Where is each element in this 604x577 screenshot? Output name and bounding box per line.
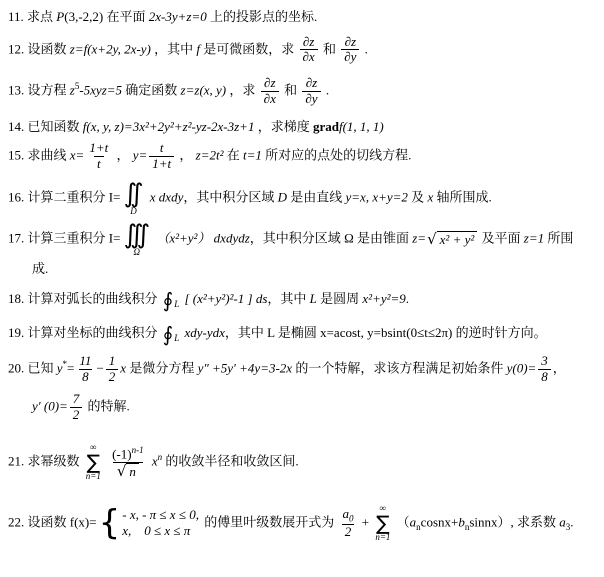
text-segment: 的特解. xyxy=(84,399,130,414)
text-segment: 的一个特解，求该方程满足初始条件 xyxy=(295,361,506,376)
fraction-numerator: a0 xyxy=(339,507,356,524)
fraction-numerator: ∂z xyxy=(261,76,278,91)
problem-number: 16. xyxy=(8,189,24,204)
math-cone-z-equals: z= xyxy=(412,230,426,245)
text-segment: ，其中 L 是椭圆 xyxy=(225,325,320,340)
text-segment: ，其中积分区域 xyxy=(250,230,344,245)
problem-number: 15. xyxy=(8,147,24,162)
text-segment: 设函数 xyxy=(28,514,70,529)
problem-22: 22. 设函数 f(x)={- x, - π ≤ x ≤ 0,x, 0 ≤ x … xyxy=(8,504,598,543)
text-segment: 确定函数 xyxy=(125,83,180,98)
fraction-11-8: 118 xyxy=(76,354,94,385)
sum-glyph: ∑ xyxy=(376,514,389,533)
fraction-denominator: 1+t xyxy=(149,156,174,172)
text-segment: ， xyxy=(179,147,192,162)
fraction-denominator: ∂y xyxy=(302,91,320,107)
text-segment: 所围 xyxy=(547,230,573,245)
math-x-axis: x xyxy=(427,189,433,204)
text-segment: . xyxy=(326,83,329,98)
math-integrand: x dxdy xyxy=(150,189,184,204)
contour-integral-glyph: ∮ xyxy=(163,324,173,344)
problem-17-continuation: 成. xyxy=(32,260,598,278)
text-segment: 计算对坐标的曲线积分 xyxy=(28,325,161,340)
math-ellipse-param: x=acost, y=bsint xyxy=(320,325,406,340)
math-coords: (3,-2,2) xyxy=(64,9,103,24)
math-integrand: [ (x²+y²)²-1 ] xyxy=(184,291,255,306)
integral-region-label: D xyxy=(130,207,137,216)
text-segment: ，其中 xyxy=(154,41,196,56)
math-equals: = xyxy=(67,361,74,376)
contour-label: L xyxy=(174,298,179,310)
math-initial-y0: y(0)= xyxy=(507,361,537,376)
fraction-denominator: ∂x xyxy=(261,91,279,107)
problem-14: 14. 已知函数 f(x, y, z)=3x²+2y²+z²-yz-2x-3z+… xyxy=(8,118,598,136)
fraction-numerator: 11 xyxy=(76,354,94,369)
math-ode: y″ +5y′ +4y=3-2x xyxy=(198,361,293,376)
text-segment: 计算二重积分 xyxy=(28,189,109,204)
text-segment: 所对应的点处的切线方程. xyxy=(265,147,411,162)
math-cos-term: cosnx+ xyxy=(421,514,459,529)
fraction-denominator: 8 xyxy=(79,369,92,385)
superscript-n-minus-1: n-1 xyxy=(132,445,144,455)
fraction-numerator: 1+t xyxy=(86,141,111,156)
text-segment: 已知 xyxy=(28,361,57,376)
math-grad-point: f(1, 1, 1) xyxy=(339,119,384,134)
problem-number: 14. xyxy=(8,119,24,134)
fraction-numerator: (-1)n-1 xyxy=(109,445,147,462)
text-segment: ，求梯度 xyxy=(258,119,313,134)
problem-number: 22. xyxy=(8,514,24,529)
problem-number: 17. xyxy=(8,230,24,245)
math-function: z=f(x+2y, 2x-y) xyxy=(70,41,151,56)
text-segment: 设函数 xyxy=(28,41,70,56)
case-row-2: x, 0 ≤ x ≤ π xyxy=(122,523,199,539)
problem-20-continuation: y′ (0)=72 的特解. xyxy=(32,392,598,423)
math-region-D: D xyxy=(278,189,287,204)
math-f: f xyxy=(196,41,200,56)
fraction-numerator: ∂z xyxy=(303,76,320,91)
text-segment: 的逆时针方向。 xyxy=(452,325,546,340)
math-function-fxyz: f(x, y, z) xyxy=(83,119,124,134)
text-segment: ， xyxy=(116,147,129,162)
problem-17: 17. 计算三重积分 I=∫∫∫Ω （x²+y²） dxdydz，其中积分区域 … xyxy=(8,222,598,257)
cases-brace: { xyxy=(99,509,121,538)
fraction-denominator: 2 xyxy=(106,369,119,385)
math-minus: − xyxy=(96,361,103,376)
fraction-1-2: 12 xyxy=(106,354,119,385)
math-circle-equation: x²+y²=9 xyxy=(362,291,405,306)
text-segment: 成. xyxy=(32,261,48,276)
text-segment: 是由锥面 xyxy=(357,230,412,245)
text-segment: 求曲线 xyxy=(28,147,70,162)
problem-12: 12. 设函数 z=f(x+2y, 2x-y) ，其中 f 是可微函数，求 ∂z… xyxy=(8,35,598,66)
math-grad-operator: grad xyxy=(313,119,339,134)
text-segment: 的收敛半径和收敛区间. xyxy=(165,453,298,468)
math-integrand: xdy-ydx xyxy=(184,325,224,340)
text-segment: 是圆周 xyxy=(320,291,362,306)
problem-21: 21. 求幂级数 ∞∑n=1 (-1)n-1√n xn 的收敛半径和收敛区间. xyxy=(8,443,598,482)
text-segment: 是由直线 xyxy=(290,189,345,204)
math-plane-equation: 2x-3y+z=0 xyxy=(149,9,207,24)
piecewise-cases: {- x, - π ≤ x ≤ 0,x, 0 ≤ x ≤ π xyxy=(99,507,199,540)
fraction-dz-dy: ∂z∂y xyxy=(302,76,320,107)
text-segment: 求点 xyxy=(27,9,56,24)
text-segment: . xyxy=(570,514,573,529)
math-I-equals: I= xyxy=(109,189,121,204)
contour-label: L xyxy=(174,332,179,344)
fraction-denominator: 2 xyxy=(70,407,83,423)
fraction-numerator: ∂z xyxy=(342,35,359,50)
radicand: x² + y² xyxy=(437,231,478,248)
text-segment: ，其中积分区域 xyxy=(183,189,277,204)
fraction-x-param: 1+tt xyxy=(86,141,111,172)
text-segment: 已知函数 xyxy=(28,119,83,134)
text-segment: 及平面 xyxy=(482,230,524,245)
contour-integral-glyph: ∮ xyxy=(163,290,173,310)
fraction-3-8: 38 xyxy=(538,354,551,385)
math-fx-equals: f(x)= xyxy=(70,514,97,529)
radical-sign: √ xyxy=(427,231,437,248)
text-segment: 的傅里叶级数展开式为 xyxy=(204,514,337,529)
math-lines: y=x, x+y=2 xyxy=(346,189,408,204)
integral-region-label: Ω xyxy=(134,248,141,257)
math-y-equals: y= xyxy=(133,147,148,162)
problem-number: 11. xyxy=(8,9,24,24)
square-root: √n xyxy=(117,463,139,480)
double-integral-symbol: ∫∫D xyxy=(123,181,143,216)
problem-number: 18. xyxy=(8,291,24,306)
fraction-denominator: 2 xyxy=(342,524,355,540)
math-region-omega: Ω xyxy=(344,230,354,245)
sum-lower-limit: n=1 xyxy=(375,533,390,543)
text-segment: 在平面 xyxy=(107,9,149,24)
math-t-value: t=1 xyxy=(243,147,262,162)
math-I-equals: I= xyxy=(109,230,121,245)
text-segment: ）, 求系数 xyxy=(498,514,560,529)
text-segment: . xyxy=(365,41,368,56)
contour-integral-symbol: ∮L xyxy=(163,324,179,344)
fraction-numerator: 3 xyxy=(538,354,551,369)
text-segment: 计算三重积分 xyxy=(28,230,109,245)
text-segment: 设方程 xyxy=(28,83,70,98)
text-segment: 求幂级数 xyxy=(28,453,83,468)
text-segment: ，其中 xyxy=(267,291,309,306)
text-segment: 在 xyxy=(227,147,243,162)
problem-number: 21. xyxy=(8,453,24,468)
math-equation: -5xyz=5 xyxy=(79,83,122,98)
fraction-a0-2: a02 xyxy=(339,507,356,540)
problem-number: 19. xyxy=(8,325,24,340)
math-sin-term: sinnx xyxy=(469,514,497,529)
math-x-equals: x= xyxy=(70,147,85,162)
integral-glyph: ∫∫∫ xyxy=(123,222,150,248)
text-segment: （ xyxy=(397,514,410,529)
fraction-dz-dx: ∂z∂x xyxy=(300,35,318,66)
fraction-denominator: √n xyxy=(113,462,143,480)
fraction-denominator: t xyxy=(94,156,104,172)
series-coefficient-fraction: (-1)n-1√n xyxy=(109,445,147,481)
fraction-dz-dy: ∂z∂y xyxy=(341,35,359,66)
problem-19: 19. 计算对坐标的曲线积分 ∮L xdy-ydx，其中 L 是椭圆 x=aco… xyxy=(8,324,598,344)
text-segment: 计算对弧长的曲线积分 xyxy=(28,291,161,306)
math-z-param: z=2t² xyxy=(196,147,224,162)
fraction-denominator: 8 xyxy=(538,369,551,385)
subscript-0: 0 xyxy=(349,513,354,523)
fraction-numerator: t xyxy=(157,141,167,156)
integral-glyph: ∫∫ xyxy=(123,181,143,207)
sum-glyph: ∑ xyxy=(87,453,100,472)
problem-number: 20. xyxy=(8,361,24,376)
math-plane: z=1 xyxy=(524,230,544,245)
fraction-7-2: 72 xyxy=(70,392,83,423)
math-t-range: (0≤t≤2π) xyxy=(406,325,452,340)
problem-13: 13. 设方程 z5-5xyz=5 确定函数 z=z(x, y) ，求 ∂z∂x… xyxy=(8,76,598,107)
text-segment: 是可微函数，求 xyxy=(203,41,297,56)
triple-integral-symbol: ∫∫∫Ω xyxy=(123,222,150,257)
contour-integral-symbol: ∮L xyxy=(163,290,179,310)
text-segment: 和 xyxy=(323,41,339,56)
math-problems-document: { "page": {"background": "#ffffff", "tex… xyxy=(0,0,604,577)
problem-15: 15. 求曲线 x=1+tt ， y=t1+t ， z=2t² 在 t=1 所对… xyxy=(8,141,598,172)
sum-lower-limit: n=1 xyxy=(86,472,101,482)
fraction-y-param: t1+t xyxy=(149,141,174,172)
problem-number: 13. xyxy=(8,83,24,98)
summation-symbol: ∞∑n=1 xyxy=(86,443,101,482)
math-neg-one: (-1) xyxy=(112,446,132,461)
cases-rows: - x, - π ≤ x ≤ 0,x, 0 ≤ x ≤ π xyxy=(122,507,199,540)
problem-20: 20. 已知 y*=118−12x 是微分方程 y″ +5y′ +4y=3-2x… xyxy=(8,354,598,385)
math-polynomial: =3x²+2y²+z²-yz-2x-3z+1 xyxy=(124,119,255,134)
problem-18: 18. 计算对弧长的曲线积分 ∮L [ (x²+y²)²-1 ] ds，其中 L… xyxy=(8,290,598,310)
fraction-numerator: 7 xyxy=(70,392,83,407)
text-segment: ， xyxy=(553,361,566,376)
fraction-numerator: ∂z xyxy=(300,35,317,50)
text-segment: 轴所围成. xyxy=(436,189,491,204)
radicand: n xyxy=(126,463,139,480)
math-x: x xyxy=(120,361,126,376)
text-segment: ，求 xyxy=(229,83,258,98)
math-integrand: （x²+y²） dxdydz xyxy=(156,230,249,245)
problem-number: 12. xyxy=(8,41,24,56)
fraction-numerator: 1 xyxy=(106,354,119,369)
fraction-denominator: ∂y xyxy=(341,49,359,65)
fraction-dz-dx: ∂z∂x xyxy=(261,76,279,107)
summation-symbol: ∞∑n=1 xyxy=(375,504,390,543)
math-initial-yprime0: y′ (0)= xyxy=(32,399,68,414)
math-ds: ds xyxy=(256,291,268,306)
text-segment: 上的投影点的坐标. xyxy=(210,9,317,24)
problem-11: 11. 求点 P(3,-2,2) 在平面 2x-3y+z=0 上的投影点的坐标. xyxy=(8,8,598,26)
problem-16: 16. 计算二重积分 I=∫∫D x dxdy，其中积分区域 D 是由直线 y=… xyxy=(8,181,598,216)
text-segment: 是微分方程 xyxy=(129,361,197,376)
radical-sign: √ xyxy=(117,463,127,480)
square-root: √x² + y² xyxy=(427,231,477,248)
case-row-1: - x, - π ≤ x ≤ 0, xyxy=(122,507,199,523)
superscript-n: n xyxy=(158,452,163,462)
fraction-denominator: ∂x xyxy=(300,49,318,65)
math-plus: + xyxy=(362,514,369,529)
math-curve-L: L xyxy=(310,291,317,306)
text-segment: 及 xyxy=(411,189,427,204)
math-implicit-function: z=z(x, y) xyxy=(181,83,227,98)
text-segment: 和 xyxy=(284,83,300,98)
text-segment: . xyxy=(406,291,409,306)
